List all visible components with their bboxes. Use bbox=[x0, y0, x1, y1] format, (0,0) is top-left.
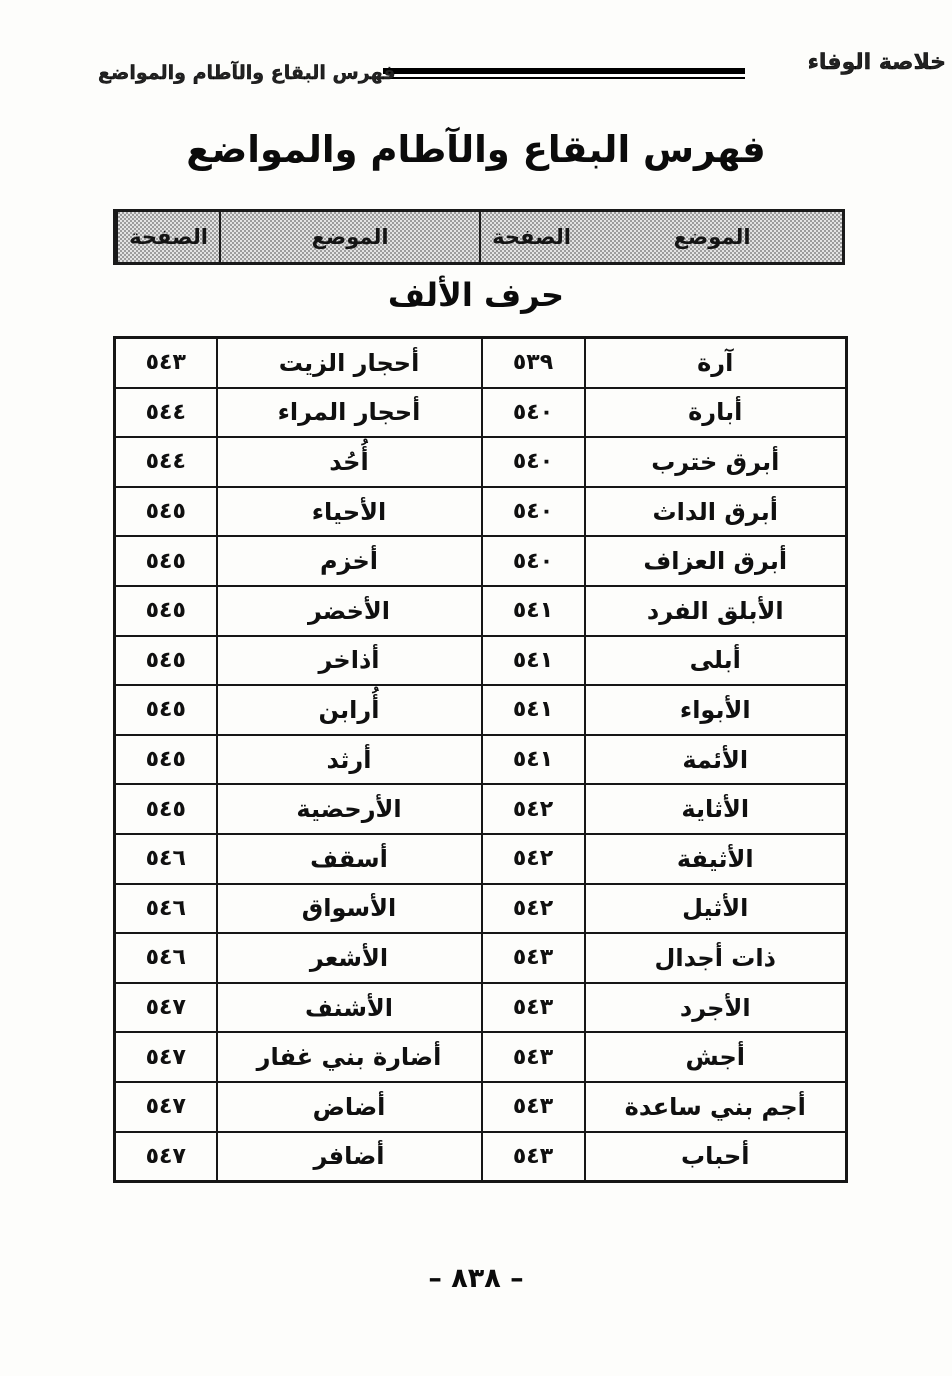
page-cell-right: ٥٤٢ bbox=[482, 884, 585, 934]
page-cell-left: ٥٤٦ bbox=[115, 884, 217, 934]
place-cell-left: أحجار الزيت bbox=[217, 338, 482, 388]
table-row: أبرق العزاف٥٤٠أخزم٥٤٥ bbox=[115, 536, 847, 586]
place-cell-left: أسقف bbox=[217, 834, 482, 884]
page-cell-right: ٥٤١ bbox=[482, 636, 585, 686]
table-row: أحباب٥٤٣أضافر٥٤٧ bbox=[115, 1132, 847, 1182]
page-cell-left: ٥٤٧ bbox=[115, 983, 217, 1033]
page-cell-right: ٥٣٩ bbox=[482, 338, 585, 388]
place-cell-left: أضارة بني غفار bbox=[217, 1032, 482, 1082]
table-row: أبرق الداث٥٤٠الأحياء٥٤٥ bbox=[115, 487, 847, 537]
page-cell-left: ٥٤٥ bbox=[115, 487, 217, 537]
table-row: أبرق خترب٥٤٠أُحُد٥٤٤ bbox=[115, 437, 847, 487]
page-cell-left: ٥٤٧ bbox=[115, 1132, 217, 1182]
index-table-body: آرة٥٣٩أحجار الزيت٥٤٣أبارة٥٤٠أحجار المراء… bbox=[115, 338, 847, 1182]
header-place-left: الموضع bbox=[219, 212, 479, 262]
page-cell-right: ٥٤١ bbox=[482, 685, 585, 735]
page-cell-left: ٥٤٤ bbox=[115, 437, 217, 487]
place-cell-left: أرثد bbox=[217, 735, 482, 785]
place-cell-right: الأجرد bbox=[585, 983, 847, 1033]
place-cell-right: أبلى bbox=[585, 636, 847, 686]
page-cell-right: ٥٤٣ bbox=[482, 933, 585, 983]
place-cell-left: أُحُد bbox=[217, 437, 482, 487]
place-cell-right: الأبواء bbox=[585, 685, 847, 735]
page-cell-left: ٥٤٤ bbox=[115, 388, 217, 438]
place-cell-right: الأثاية bbox=[585, 784, 847, 834]
place-cell-right: الأئمة bbox=[585, 735, 847, 785]
place-cell-left: أخزم bbox=[217, 536, 482, 586]
page-cell-left: ٥٤٥ bbox=[115, 784, 217, 834]
place-cell-left: الأخضر bbox=[217, 586, 482, 636]
place-cell-right: الأبلق الفرد bbox=[585, 586, 847, 636]
running-header-book-title: خلاصة الوفاء bbox=[808, 50, 946, 75]
table-row: الأبلق الفرد٥٤١الأخضر٥٤٥ bbox=[115, 586, 847, 636]
place-cell-left: الأرحضية bbox=[217, 784, 482, 834]
page-cell-right: ٥٤١ bbox=[482, 586, 585, 636]
page-cell-left: ٥٤٣ bbox=[115, 338, 217, 388]
place-cell-left: الأشعر bbox=[217, 933, 482, 983]
place-cell-right: أبرق الداث bbox=[585, 487, 847, 537]
page-cell-right: ٥٤٣ bbox=[482, 1032, 585, 1082]
page-cell-right: ٥٤٣ bbox=[482, 983, 585, 1033]
place-cell-left: أضافر bbox=[217, 1132, 482, 1182]
page-cell-right: ٥٤٣ bbox=[482, 1132, 585, 1182]
page-cell-left: ٥٤٧ bbox=[115, 1082, 217, 1132]
header-page-right: الصفحة bbox=[479, 212, 582, 262]
page-cell-right: ٥٤٠ bbox=[482, 388, 585, 438]
place-cell-right: أبرق خترب bbox=[585, 437, 847, 487]
header-place-right: الموضع bbox=[582, 212, 842, 262]
table-row: الأثيل٥٤٢الأسواق٥٤٦ bbox=[115, 884, 847, 934]
page-cell-left: ٥٤٥ bbox=[115, 586, 217, 636]
page-cell-right: ٥٤٣ bbox=[482, 1082, 585, 1132]
table-row: أجم بني ساعدة٥٤٣أضاض٥٤٧ bbox=[115, 1082, 847, 1132]
place-cell-right: الأثيل bbox=[585, 884, 847, 934]
running-header-chapter-title: فهرس البقاع والآطام والمواضع bbox=[98, 62, 396, 84]
page-cell-left: ٥٤٥ bbox=[115, 735, 217, 785]
page-cell-right: ٥٤٠ bbox=[482, 437, 585, 487]
folio-page-number: – ٨٣٨ – bbox=[0, 1263, 952, 1294]
place-cell-left: الأحياء bbox=[217, 487, 482, 537]
table-row: الأجرد٥٤٣الأشنف٥٤٧ bbox=[115, 983, 847, 1033]
place-cell-right: أبارة bbox=[585, 388, 847, 438]
table-row: الأبواء٥٤١أُرابن٥٤٥ bbox=[115, 685, 847, 735]
header-page-left: الصفحة bbox=[116, 212, 219, 262]
page-title: فهرس البقاع والآطام والمواضع bbox=[0, 128, 952, 171]
table-row: الأثاية٥٤٢الأرحضية٥٤٥ bbox=[115, 784, 847, 834]
table-row: أبارة٥٤٠أحجار المراء٥٤٤ bbox=[115, 388, 847, 438]
page-cell-left: ٥٤٥ bbox=[115, 636, 217, 686]
place-cell-right: أبرق العزاف bbox=[585, 536, 847, 586]
table-row: آرة٥٣٩أحجار الزيت٥٤٣ bbox=[115, 338, 847, 388]
table-row: أبلى٥٤١أذاخر٥٤٥ bbox=[115, 636, 847, 686]
place-cell-left: الأشنف bbox=[217, 983, 482, 1033]
page-cell-left: ٥٤٥ bbox=[115, 536, 217, 586]
scanned-book-page: خلاصة الوفاء فهرس البقاع والآطام والمواض… bbox=[0, 0, 952, 1376]
place-cell-left: الأسواق bbox=[217, 884, 482, 934]
place-cell-left: أحجار المراء bbox=[217, 388, 482, 438]
page-cell-right: ٥٤٠ bbox=[482, 536, 585, 586]
page-cell-left: ٥٤٦ bbox=[115, 834, 217, 884]
index-table: آرة٥٣٩أحجار الزيت٥٤٣أبارة٥٤٠أحجار المراء… bbox=[113, 336, 848, 1183]
place-cell-right: أحباب bbox=[585, 1132, 847, 1182]
table-header-bar: الموضع الصفحة الموضع الصفحة bbox=[113, 209, 845, 265]
table-row: أجش٥٤٣أضارة بني غفار٥٤٧ bbox=[115, 1032, 847, 1082]
page-cell-right: ٥٤٠ bbox=[482, 487, 585, 537]
table-row: ذات أجدال٥٤٣الأشعر٥٤٦ bbox=[115, 933, 847, 983]
place-cell-right: آرة bbox=[585, 338, 847, 388]
place-cell-left: أذاخر bbox=[217, 636, 482, 686]
page-cell-right: ٥٤١ bbox=[482, 735, 585, 785]
page-cell-right: ٥٤٢ bbox=[482, 834, 585, 884]
place-cell-left: أضاض bbox=[217, 1082, 482, 1132]
page-cell-left: ٥٤٥ bbox=[115, 685, 217, 735]
page-cell-right: ٥٤٢ bbox=[482, 784, 585, 834]
section-heading-letter-alif: حرف الألف bbox=[0, 276, 952, 314]
place-cell-right: الأثيفة bbox=[585, 834, 847, 884]
page-cell-left: ٥٤٧ bbox=[115, 1032, 217, 1082]
place-cell-right: أجش bbox=[585, 1032, 847, 1082]
page-cell-left: ٥٤٦ bbox=[115, 933, 217, 983]
place-cell-right: ذات أجدال bbox=[585, 933, 847, 983]
table-row: الأئمة٥٤١أرثد٥٤٥ bbox=[115, 735, 847, 785]
place-cell-left: أُرابن bbox=[217, 685, 482, 735]
place-cell-right: أجم بني ساعدة bbox=[585, 1082, 847, 1132]
table-row: الأثيفة٥٤٢أسقف٥٤٦ bbox=[115, 834, 847, 884]
running-header-rule bbox=[383, 68, 745, 79]
